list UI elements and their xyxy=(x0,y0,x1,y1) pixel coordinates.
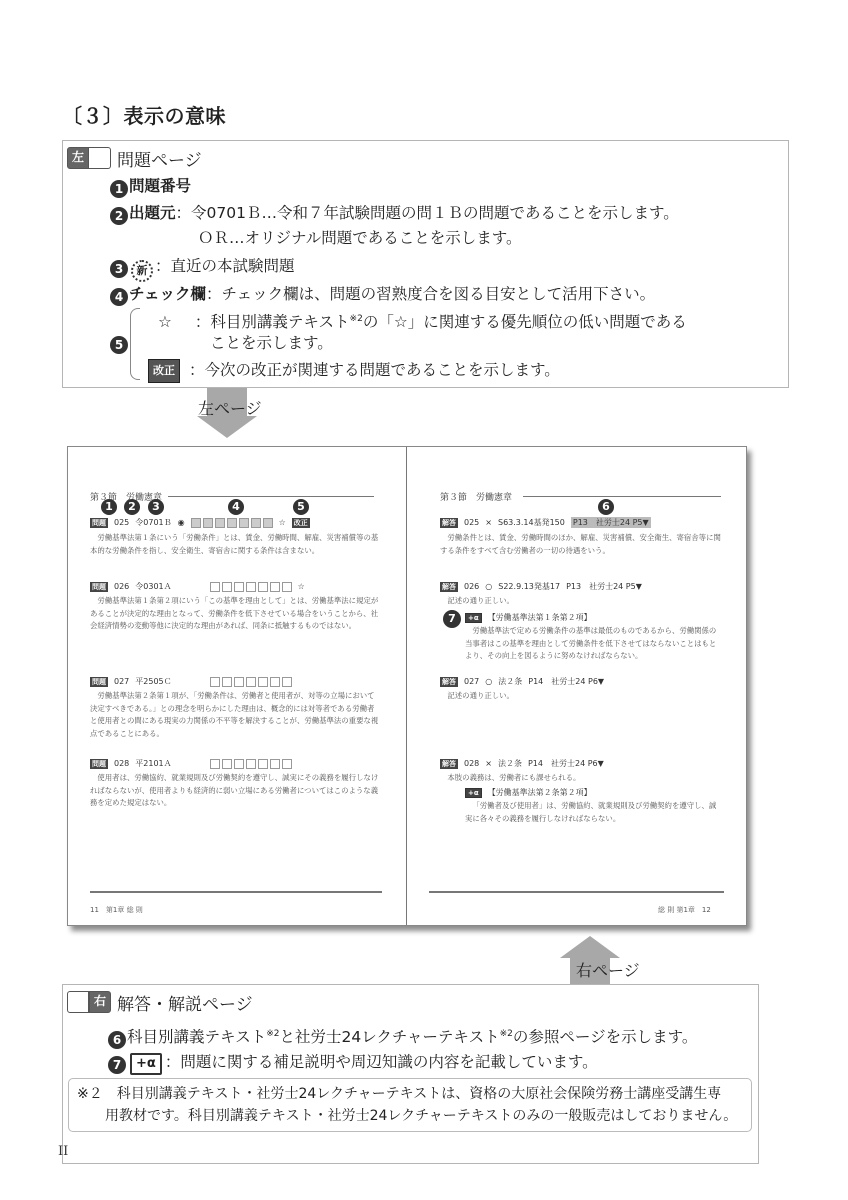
legend-item-5-star-line2: ことを示します。 xyxy=(210,333,333,353)
question-025-text: 労働基準法第１条にいう「労働条件」とは、賃金、労働時間、解雇、災害補償等の基本的… xyxy=(90,532,380,557)
answer-028-alpha: +α 【労働基準法第２条第２項】 xyxy=(465,787,592,798)
footnote-line-1: ※２ 科目別講義テキスト・社労士24レクチャーテキストは、資格の大原社会保険労務… xyxy=(77,1083,743,1105)
number-3-icon: 3 xyxy=(110,260,128,278)
check-boxes[interactable] xyxy=(191,518,273,528)
question-028-text: 使用者は、労働協約、就業規則及び労働契約を遵守し、誠実にその義務を履行しなければ… xyxy=(90,772,380,810)
plus-alpha-icon: +α xyxy=(130,1053,162,1075)
answer-025-header: 解答 025 × S63.3.14基発150 P13 社労士24 P5▼ xyxy=(440,517,651,528)
check-boxes[interactable] xyxy=(210,582,292,592)
heading-text: 問題ページ xyxy=(117,146,202,171)
answer-028-alpha-text: 「労働者及び使用者」は、労働協約、就業規則及び労働契約を遵守し、誠実に各々その義… xyxy=(465,800,723,825)
legend-item-7: 7+α：問題に関する補足説明や周辺知識の内容を記載しています。 xyxy=(108,1052,598,1075)
spread-divider xyxy=(406,447,407,925)
legend-item-2: 2出題元：令0701Ｂ…令和７年試験問題の問１Ｂの問題であることを示します。 xyxy=(110,203,679,225)
question-028-header: 問題 028 平2101Ａ xyxy=(90,758,292,769)
left-page-label: 左ページ xyxy=(198,396,262,419)
section-title: 〔３〕表示の意味 xyxy=(62,100,226,129)
marker-3: 3 xyxy=(148,499,164,515)
sample-page-spread: 第３節 労働憲章 1 2 3 4 5 問題 025 令0701Ｂ ◉ ☆ 改正 … xyxy=(67,446,747,926)
down-arrow-head xyxy=(197,416,257,438)
answer-028-header: 解答 028 × 法２条 P14 社労士24 P6▼ xyxy=(440,758,604,769)
check-boxes[interactable] xyxy=(210,677,292,687)
marker-1: 1 xyxy=(101,499,117,515)
page-number: II xyxy=(58,1144,68,1159)
answer-026-alpha: +α 【労働基準法第１条第２項】 xyxy=(465,612,592,623)
question-025-header: 問題 025 令0701Ｂ ◉ ☆ 改正 xyxy=(90,517,310,528)
legend-item-6: 6科目別講義テキスト※2と社労士24レクチャーテキスト※2の参照ページを示します… xyxy=(108,1024,697,1049)
star-icon: ☆ xyxy=(158,313,172,331)
answer-page-heading: 右 解答・解説ページ xyxy=(67,990,253,1015)
section-rule xyxy=(168,496,374,497)
number-2-icon: 2 xyxy=(110,207,128,225)
marker-6: 6 xyxy=(598,499,614,515)
number-5-icon: 5 xyxy=(110,336,128,354)
plus-alpha-icon: +α xyxy=(465,613,482,623)
answer-027-header: 解答 027 ○ 法２条 P14 社労士24 P6▼ xyxy=(440,676,604,687)
question-027-text: 労働基準法第２条第１項が、「労働条件は、労働者と使用者が、対等の立場において決定… xyxy=(90,690,380,740)
number-1-icon: 1 xyxy=(110,180,128,198)
answer-026-text: 記述の通り正しい。 xyxy=(440,595,725,608)
section-rule xyxy=(523,496,721,497)
heading-text: 解答・解説ページ xyxy=(117,990,253,1015)
question-027-header: 問題 027 平2505Ｃ xyxy=(90,676,292,687)
plus-alpha-icon: +α xyxy=(465,788,482,798)
footer-rule xyxy=(90,891,382,893)
right-page-footer: 総 則 第1章 12 xyxy=(658,905,711,915)
answer-027-text: 記述の通り正しい。 xyxy=(440,690,725,703)
marker-2: 2 xyxy=(124,499,140,515)
legend-item-2-line2: ＯＲ…オリジナル問題であることを示します。 xyxy=(198,228,522,248)
left-page-footer: 11 第1章 総 則 xyxy=(90,905,143,915)
check-boxes[interactable] xyxy=(210,759,292,769)
answer-025-text: 労働条件とは、賃金、労働時間のほか、解雇、災害補償、安全衛生、寄宿舎等に関する条… xyxy=(440,532,725,557)
legend-item-4: 4チェック欄：チェック欄は、問題の習熟度合を図る目安として活用下さい。 xyxy=(110,284,655,306)
footnote-line-2: 用教材です。科目別講義テキスト・社労士24レクチャーテキストのみの一般販売はして… xyxy=(77,1105,743,1127)
right-section-heading: 第３節 労働憲章 xyxy=(440,490,512,503)
legend-item-5-star: ☆ ：科目別講義テキスト※2の「☆」に関連する優先順位の低い問題である xyxy=(158,309,687,332)
number-6-icon: 6 xyxy=(108,1031,126,1049)
new-badge-icon: 新 xyxy=(131,260,153,282)
marker-4: 4 xyxy=(228,499,244,515)
marker-5: 5 xyxy=(293,499,309,515)
marker-7: 7 xyxy=(443,610,461,628)
question-page-heading: 左 問題ページ xyxy=(67,146,202,171)
brace xyxy=(130,308,140,380)
footer-rule xyxy=(429,891,724,893)
answer-026-header: 解答 026 ○ S22.9.13発基17 P13 社労士24 P5▼ xyxy=(440,581,642,592)
legend-item-5-number: 5 xyxy=(110,332,129,354)
answer-026-alpha-text: 労働基準法で定める労働条件の基準は最低のものであるから、労働関係の当事者はこの基… xyxy=(465,625,723,663)
footnote-box: ※２ 科目別講義テキスト・社労士24レクチャーテキストは、資格の大原社会保険労務… xyxy=(68,1078,752,1132)
right-page-book-icon: 右 xyxy=(67,991,111,1015)
number-7-icon: 7 xyxy=(108,1056,126,1074)
answer-028-text: 本肢の義務は、労働者にも課せられる。 xyxy=(440,772,725,785)
question-026-text: 労働基準法第１条第２項にいう「この基準を理由として」とは、労働基準法に規定がある… xyxy=(90,595,380,633)
question-026-header: 問題 026 令0301Ａ ☆ xyxy=(90,581,305,592)
reference-page-highlight: P13 社労士24 P5▼ xyxy=(571,517,651,528)
right-page-label: 右ページ xyxy=(576,958,640,981)
legend-item-1: 1問題番号 xyxy=(110,176,191,198)
legend-item-3: 3新：直近の本試験問題 xyxy=(110,256,295,282)
number-4-icon: 4 xyxy=(110,288,128,306)
revision-badge-icon: 改正 xyxy=(148,359,180,383)
legend-item-5-kaisei: 改正 ：今次の改正が関連する問題であることを示します。 xyxy=(148,359,560,383)
left-page-book-icon: 左 xyxy=(67,147,111,171)
